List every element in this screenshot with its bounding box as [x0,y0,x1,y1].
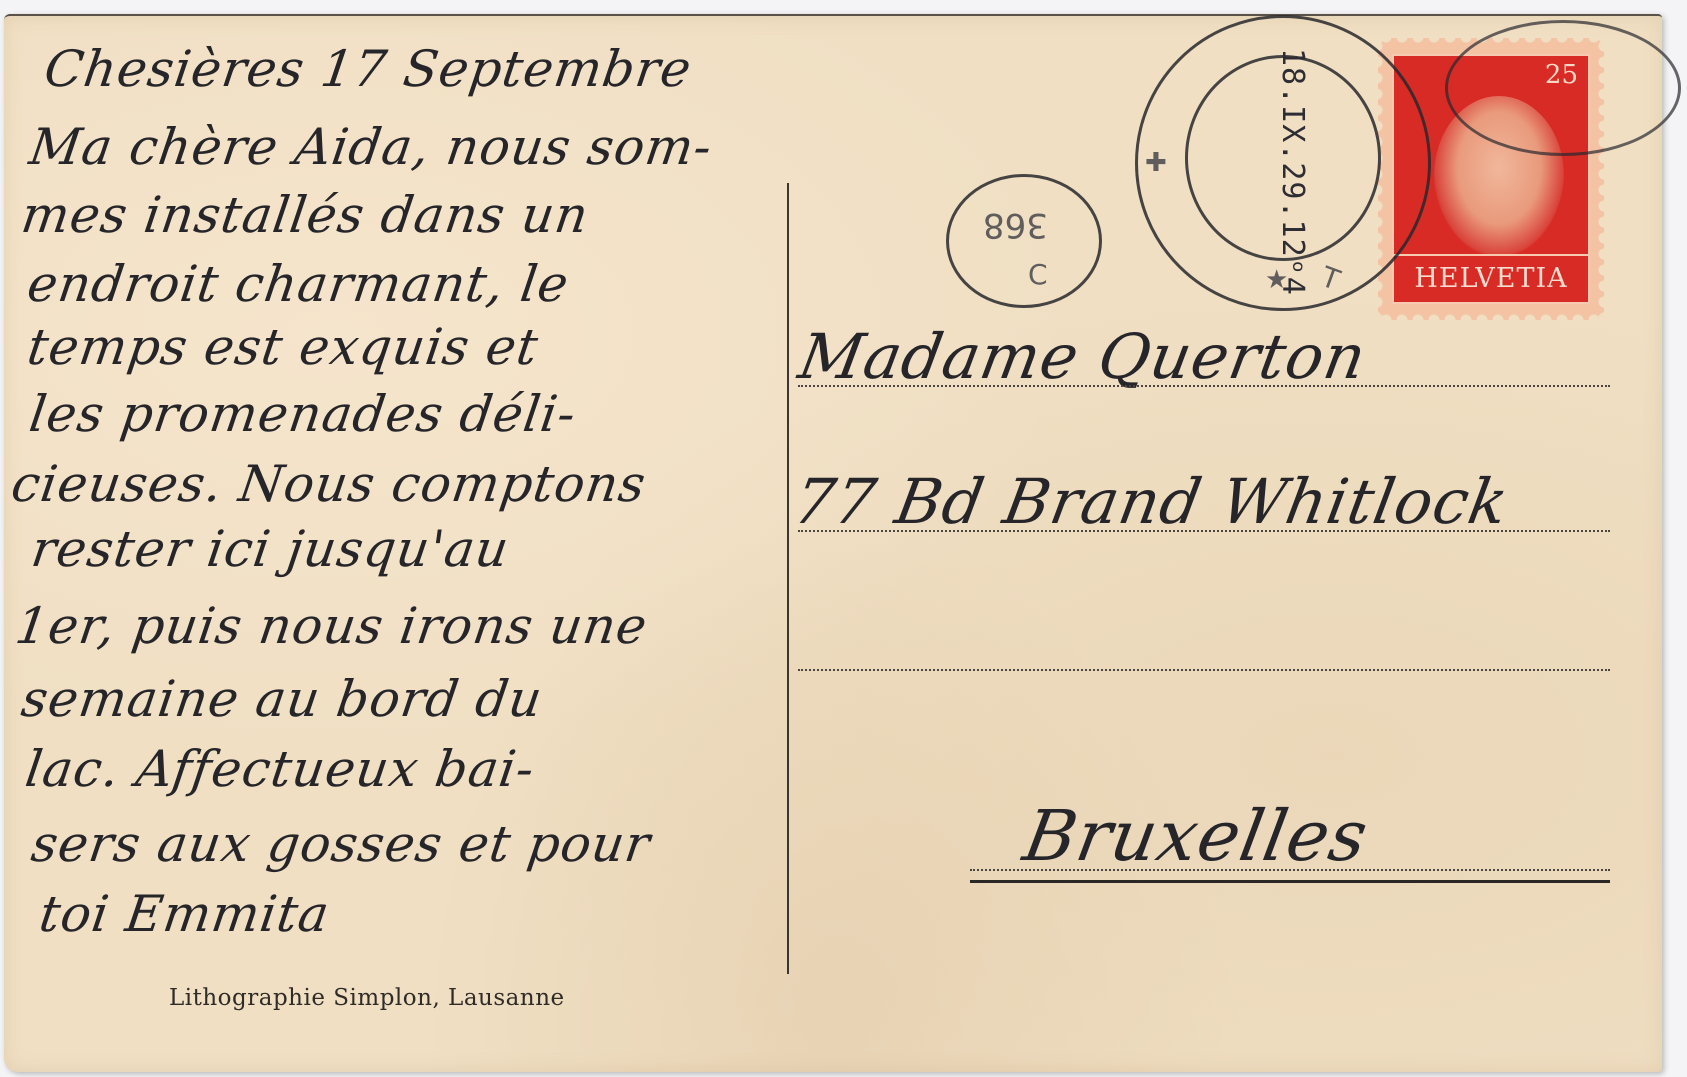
printer-credit: Lithographie Simplon, Lausanne [169,985,565,1011]
address-line-1: Madame Querton [794,320,1372,393]
address-rule-2 [798,530,1610,532]
message-line: les promenades déli- [26,385,580,443]
star-icon: ★ [1265,265,1288,295]
message-line: Ma chère Aida, nous som- [26,118,716,176]
stamp-country: HELVETIA [1394,254,1588,302]
message-line: rester ici jusqu'au [28,520,513,578]
message-line: semaine au bord du [18,670,546,728]
message-line: 1er, puis nous irons une [12,597,651,655]
address-rule-3 [798,669,1610,671]
address-line-2: 77 Bd Brand Whitlock [789,465,1515,538]
message-line: cieuses. Nous comptons [8,455,650,513]
center-divider [787,183,789,974]
postmark-date: 18.IX.29.12ᵒ4 [1270,48,1310,248]
address-underline [970,880,1610,883]
swiss-cross-icon: ✚ [1145,148,1167,178]
secondary-postmark-letter: C [1028,258,1048,291]
cancellation-ring [1445,20,1681,156]
message-line: sers aux gosses et pour [28,815,654,873]
message-line: Chesières 17 Septembre [41,40,695,98]
message-line: mes installés dans un [18,186,593,244]
address-rule-1 [798,385,1610,387]
address-city: Bruxelles [1018,795,1374,877]
secondary-postmark-number: 368 [983,205,1048,245]
message-line: temps est exquis et [24,318,542,376]
signature: toi Emmita [36,885,333,943]
message-line: lac. Affectueux bai- [22,740,538,798]
message-line: endroit charmant, le [24,255,573,313]
address-rule-4 [970,869,1610,871]
